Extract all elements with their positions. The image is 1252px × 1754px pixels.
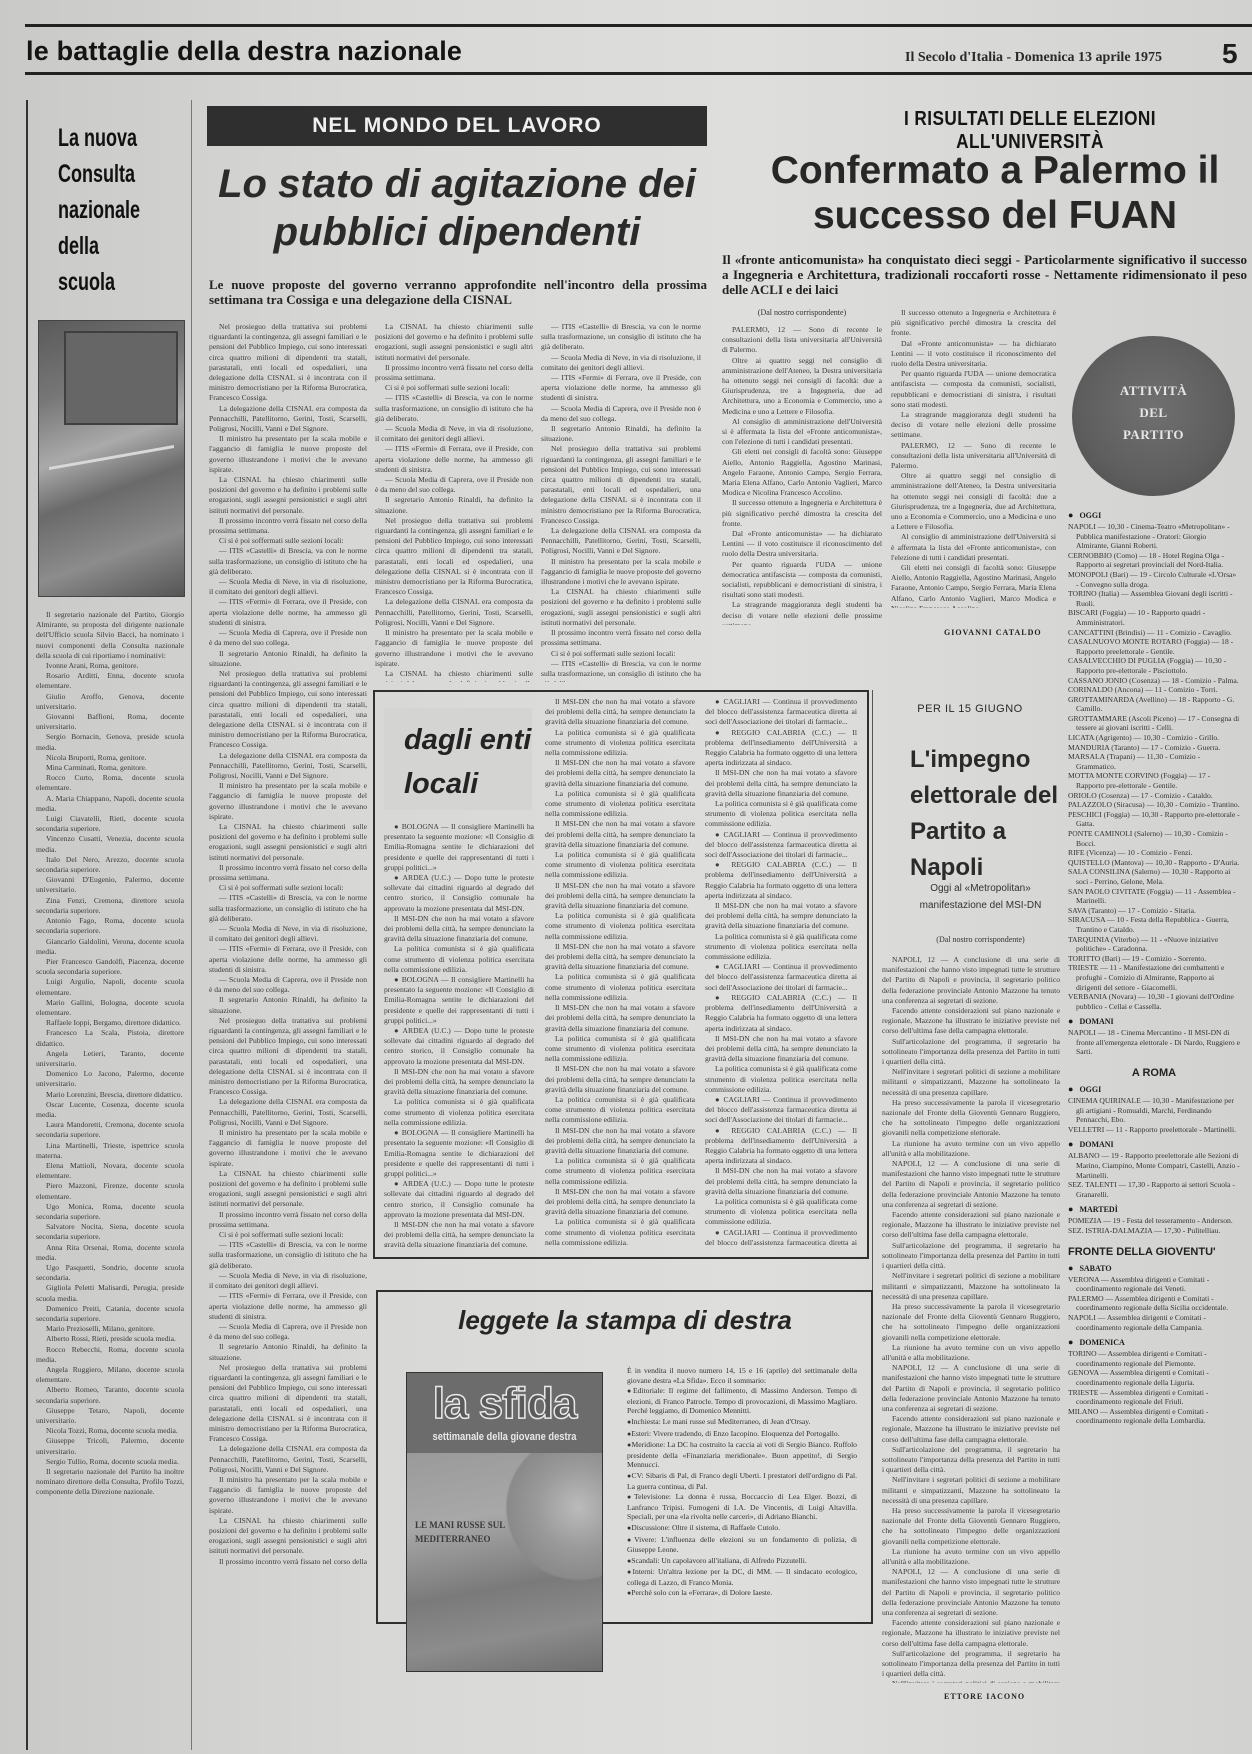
activity-item: MILANO — Assemblea dirigenti e Comitati … (1068, 1407, 1240, 1426)
activity-item: SAN PAOLO CIVITATE (Foggia) — 11 - Assem… (1068, 887, 1240, 906)
activity-item: SIRACUSA — 10 - Festa della Repubblica -… (1068, 915, 1240, 934)
enti-paragraph: ● CAGLIARI — Continua il provvedimento d… (705, 962, 857, 993)
consulta-entry: Sergio Tullio, Roma, docente scuola medi… (36, 1457, 184, 1467)
activity-item: CERNOBBIO (Como) — 18 - Hotel Regina Olg… (1068, 551, 1240, 570)
enti-paragraph: ● BOLOGNA — Il consigliere Martinelli ha… (384, 1128, 534, 1179)
lavoro-paragraph: Ci si è poi soffermati sulle sezioni loc… (209, 883, 367, 893)
enti-paragraph: ● ARDEA (U.C.) — Dopo tutte le proteste … (384, 1179, 534, 1220)
enti-paragraph: Il MSI-DN che non ha mai votato a sfavor… (545, 1003, 695, 1034)
enti-paragraph: Il MSI-DN che non ha mai votato a sfavor… (545, 881, 695, 912)
enti-paragraph: Il MSI-DN che non ha mai votato a sfavor… (545, 758, 695, 789)
activity-day-heading: SABATO (1068, 1263, 1240, 1273)
enti-paragraph: ● BOLOGNA — Il consigliere Martinelli ha… (384, 975, 534, 1026)
lavoro-paragraph: La CISNAL ha chiesto chiarimenti sulle p… (209, 822, 367, 863)
enti-paragraph: Il MSI-DN che non ha mai votato a sfavor… (545, 819, 695, 850)
consulta-entry: Ugo Pasquetti, Sondrio, docente scuola s… (36, 1263, 184, 1283)
consulta-entry: Alberto Romeo, Taranto, docente scuola s… (36, 1385, 184, 1405)
activity-item: LICATA (Agrigento) — 10,30 - Comizio - G… (1068, 733, 1240, 743)
enti-paragraph: ● REGGIO CALABRIA (C.C.) — Il problema d… (705, 1126, 857, 1167)
activity-item: PONTE CAMINOLI (Salerno) — 10,30 - Comiz… (1068, 829, 1240, 848)
lavoro-paragraph: Il prossimo incontro verrà fissato nel c… (209, 1210, 367, 1230)
lavoro-paragraph: Il segretario Antonio Rinaldi, ha defini… (375, 495, 533, 515)
lavoro-paragraph: — ITIS «Castelli» di Brescia, va con le … (375, 393, 533, 424)
lavoro-paragraph: Ci si è poi soffermati sulle sezioni loc… (209, 536, 367, 546)
enti-paragraph: Il MSI-DN che non ha mai votato a sfavor… (705, 1034, 857, 1065)
fuan-paragraph: La stragrande maggioranza degli studenti… (891, 410, 1056, 441)
lavoro-paragraph: — Scuola Media di Neve, in via di risolu… (209, 1271, 367, 1291)
fuan-subheadline: Il «fronte anticomunista» ha conquistato… (722, 252, 1247, 297)
lavoro-paragraph: Ci si è poi soffermati sulle sezioni loc… (541, 649, 701, 659)
section-title: le battaglie della destra nazionale (26, 36, 462, 67)
activity-item: CASALVECCHIO DI PUGLIA (Foggia) — 10,30 … (1068, 656, 1240, 675)
napoli-paragraph: Nell'invitare i segretari politici di se… (882, 1271, 1060, 1302)
lavoro-paragraph: — Scuola Media di Neve, in via di risolu… (209, 924, 367, 944)
activity-day-heading: DOMENICA (1068, 1337, 1240, 1347)
activity-item: MARSALA (Trapani) — 11,30 - Comizio - Gr… (1068, 752, 1240, 771)
activity-item: MONOPOLI (Bari) — 19 - Circolo Culturale… (1068, 570, 1240, 589)
activity-item: QUISTELLO (Mantova) — 10,30 - Rapporto -… (1068, 858, 1240, 868)
fuan-paragraph: Per quanto riguarda l'UDA — unione democ… (722, 560, 882, 601)
lavoro-paragraph: — ITIS «Fermi» di Ferrara, ove il Presid… (541, 373, 701, 404)
enti-col-2: Il MSI-DN che non ha mai votato a sfavor… (545, 697, 695, 1247)
badge-line-2: DEL (1072, 402, 1235, 424)
enti-paragraph: La politica comunista si è già qualifica… (545, 1156, 695, 1187)
activity-item: TORITTO (Bari) — 19 - Comizio - Sorrento… (1068, 954, 1240, 964)
activity-item: SALA CONSILINA (Salerno) — 10,30 - Rappo… (1068, 867, 1240, 886)
activity-item: GROTTAMINARDA (Avellino) — 18 - Rapporto… (1068, 695, 1240, 714)
consulta-entry: Luigi Argulio, Napoli, docente scuola el… (36, 977, 184, 997)
contents-item: Perché solo con la «Ferrara», di Dolore … (627, 1588, 857, 1599)
consulta-entry: Domenico Preiti, Catania, docente scuola… (36, 1304, 184, 1324)
fuan-paragraph: Il successo ottenuto a Ingegneria e Arch… (722, 498, 882, 529)
napoli-paragraph: Sull'articolazione del programma, il seg… (882, 1445, 1060, 1476)
consulta-column: La nuova Consulta nazionale della scuola… (26, 100, 192, 1750)
lavoro-paragraph: Il prossimo incontro verrà fissato nel c… (209, 516, 367, 536)
fuan-headline: Confermato a Palermo il successo del FUA… (740, 148, 1250, 238)
consulta-entry: Ivonne Arani, Roma, genitore. (36, 661, 184, 671)
enti-paragraph: La politica comunista si è già qualifica… (384, 944, 534, 975)
lavoro-paragraph: — Scuola Media di Caprera, ove il Presid… (375, 475, 533, 495)
attivita-list: OGGINAPOLI — 10,30 - Cinema-Teatro «Metr… (1068, 505, 1240, 1735)
lavoro-paragraph: — ITIS «Castelli» di Brescia, va con le … (209, 893, 367, 924)
consulta-entry: Giulio Aroffo, Genova, docente universit… (36, 692, 184, 712)
contents-item: Discussione: Oltre il sistema, di Raffae… (627, 1523, 857, 1534)
badge-line-3: PARTITO (1072, 424, 1235, 446)
consulta-entry: Angela Letieri, Taranto, docente univers… (36, 1049, 184, 1069)
enti-paragraph: ● REGGIO CALABRIA (C.C.) — Il problema d… (705, 860, 857, 901)
lavoro-paragraph: — Scuola Media di Caprera, ove il Presid… (209, 628, 367, 648)
napoli-paragraph: Facendo attente considerazioni sul piano… (882, 1210, 1060, 1241)
lavoro-paragraph: Nel prosieguo della trattativa sui probl… (209, 1363, 367, 1445)
activity-day-heading: MARTEDÌ (1068, 1204, 1240, 1214)
lavoro-body-col-1: Nel prosieguo della trattativa sui probl… (209, 322, 367, 1567)
napoli-headline: L'impegno elettorale del Partito a Napol… (910, 742, 1070, 886)
contents-item: Meridione: La DC ha costruito la caccia … (627, 1440, 857, 1470)
consulta-entry: Gigliola Peletti Malisardi, Perugia, pre… (36, 1283, 184, 1303)
enti-paragraph: Il MSI-DN che non ha mai votato a sfavor… (384, 1067, 534, 1098)
lavoro-paragraph: — Scuola Media di Neve, in via di risolu… (375, 424, 533, 444)
activity-day-heading: OGGI (1068, 510, 1240, 520)
activity-item: MOTTA MONTE CORVINO (Foggia) — 17 - Rapp… (1068, 771, 1240, 790)
lavoro-paragraph: La delegazione della CISNAL era composta… (209, 1444, 367, 1475)
lavoro-paragraph: Il segretario Antonio Rinaldi, ha defini… (209, 1342, 367, 1362)
fuan-paragraph: PALERMO, 12 — Sono di recente le consult… (891, 441, 1056, 472)
napoli-paragraph: Facendo attente considerazioni sul piano… (882, 1006, 1060, 1037)
lavoro-paragraph: — Scuola Media di Neve, in via di risolu… (541, 353, 701, 373)
lavoro-paragraph: Il segretario Antonio Rinaldi, ha defini… (209, 995, 367, 1015)
attivita-badge: ATTIVITÀ DEL PARTITO (1072, 336, 1235, 496)
enti-paragraph: La politica comunista si è già qualifica… (705, 1064, 857, 1095)
masthead-top-rule (25, 24, 1252, 27)
activity-item: PALERMO — Assemblea dirigenti e Comitati… (1068, 1294, 1240, 1313)
newspaper-page: le battaglie della destra nazionale Il S… (0, 0, 1252, 1754)
consulta-entry: Anna Rita Orsenai, Roma, docente scuola … (36, 1243, 184, 1263)
consulta-entry: Oscar Lucente, Cosenza, docente scuola m… (36, 1100, 184, 1120)
activity-item: MANDURIA (Taranto) — 17 - Comizio - Guer… (1068, 743, 1240, 753)
lavoro-paragraph: — Scuola Media di Caprera, ove il Presid… (209, 1322, 367, 1342)
consulta-entry: Giovanni D'Eugenio, Palermo, docente uni… (36, 875, 184, 895)
lavoro-paragraph: Nel prosieguo della trattativa sui probl… (375, 516, 533, 598)
activity-item: TORINO (Italia) — Assemblea Giovani degl… (1068, 589, 1240, 608)
consulta-entry: Pier Francesco Gandolfi, Piacenza, docen… (36, 957, 184, 977)
activity-item: CASALNUOVO MONTE ROTARO (Foggia) — 18 - … (1068, 637, 1240, 656)
activity-item: TRIESTE — 11 - Manifestazione dei combat… (1068, 963, 1240, 992)
lavoro-paragraph: Il ministro ha presentato per la scala m… (209, 781, 367, 822)
activity-item: PALAZZOLO (Siracusa) — 10,30 - Comizio -… (1068, 800, 1240, 810)
consulta-entry: Salvatore Nocita, Siena, docente scuola … (36, 1222, 184, 1242)
fuan-paragraph: Oltre ai quattro seggi nel consiglio di … (722, 356, 882, 417)
activity-item: NAPOLI — Assemblea dirigenti e Comitati … (1068, 1313, 1240, 1332)
enti-paragraph: La politica comunista si è già qualifica… (545, 911, 695, 942)
consulta-body: Il segretario nazionale del Partito, Gio… (36, 610, 184, 1740)
lavoro-paragraph: Il ministro ha presentato per la scala m… (209, 1128, 367, 1169)
lavoro-paragraph: — ITIS «Castelli» di Brescia, va con le … (209, 546, 367, 577)
consulta-entry: Domenico Lo Jacono, Palermo, docente uni… (36, 1069, 184, 1089)
enti-paragraph: ● CAGLIARI — Continua il provvedimento d… (705, 697, 857, 728)
page-number: 5 (1222, 38, 1238, 70)
la-sfida-logo: la sfida (413, 1379, 596, 1429)
consulta-entry: Il segretario nazionale del Partito ha i… (36, 1467, 184, 1498)
napoli-paragraph: Sull'articolazione del programma, il seg… (882, 1649, 1060, 1680)
fuan-paragraph: La stragrande maggioranza degli studenti… (722, 600, 882, 625)
badge-line-1: ATTIVITÀ (1072, 380, 1235, 402)
consulta-entry: Mario Lorenzini, Brescia, direttore dida… (36, 1090, 184, 1100)
cover-illustration: LE MANI RUSSE SUL MEDITERRANEO (407, 1453, 602, 1671)
napoli-paragraph: Nell'invitare i segretari politici di se… (882, 1475, 1060, 1506)
napoli-paragraph: Nell'invitare i segretari politici di se… (882, 1067, 1060, 1098)
cover-text: LE MANI RUSSE SUL MEDITERRANEO (415, 1518, 535, 1546)
contents-item: Editoriale: Il regime del fallimento, di… (627, 1386, 857, 1416)
lavoro-paragraph: Il ministro ha presentato per la scala m… (209, 434, 367, 475)
enti-paragraph: La politica comunista si è già qualifica… (384, 1097, 534, 1128)
lavoro-paragraph: La CISNAL ha chiesto chiarimenti sulle p… (209, 475, 367, 516)
lavoro-paragraph: La CISNAL ha chiesto chiarimenti sulle p… (209, 1516, 367, 1557)
consulta-entry: Luigi Ciavatelli, Rieti, docente scuola … (36, 814, 184, 834)
enti-paragraph: La politica comunista si è già qualifica… (545, 728, 695, 759)
enti-paragraph: La politica comunista si è già qualifica… (545, 1034, 695, 1065)
activity-item: NAPOLI — 18 - Cinema Mercantino - Il MSI… (1068, 1028, 1240, 1057)
activity-item: VERBANIA (Novara) — 10,30 - I giovani de… (1068, 992, 1240, 1011)
enti-paragraph: La politica comunista si è già qualifica… (705, 932, 857, 963)
lavoro-body-col-2: La CISNAL ha chiesto chiarimenti sulle p… (375, 322, 533, 682)
enti-paragraph: La politica comunista si è già qualifica… (545, 1217, 695, 1247)
napoli-paragraph: NAPOLI, 12 — A conclusione di una serie … (882, 1159, 1060, 1210)
lavoro-paragraph: — ITIS «Fermi» di Ferrara, ove il Presid… (209, 944, 367, 975)
activity-day-heading: DOMANI (1068, 1139, 1240, 1149)
consulta-entry: Il segretario nazionale del Partito, Gio… (36, 610, 184, 661)
fuan-dateline: (Dal nostro corrispondente) (722, 308, 882, 317)
classroom-photo (38, 320, 185, 597)
napoli-paragraph: Sull'articolazione del programma, il seg… (882, 1037, 1060, 1068)
consulta-entry: Antonio Fago, Roma, docente scuola secon… (36, 916, 184, 936)
activity-item: TRIESTE — Assemblea dirigenti e Comitati… (1068, 1388, 1240, 1407)
napoli-paragraph: La riunione ha avuto termine con un vivo… (882, 1139, 1060, 1159)
lavoro-paragraph: Il prossimo incontro verrà fissato nel c… (209, 1557, 367, 1567)
la-sfida-magazine-cover: la sfida settimanale della giovane destr… (406, 1372, 603, 1672)
enti-paragraph: La politica comunista si è già qualifica… (705, 799, 857, 830)
napoli-body: NAPOLI, 12 — A conclusione di una serie … (882, 955, 1060, 1683)
enti-paragraph: Il MSI-DN che non ha mai votato a sfavor… (705, 1166, 857, 1197)
activity-item: RIFE (Vicenza) — 10 - Comizio - Fenzi. (1068, 848, 1240, 858)
consulta-entry: Giovanni Baffioni, Roma, docente univers… (36, 712, 184, 732)
lavoro-paragraph: Il segretario Antonio Rinaldi, ha defini… (541, 424, 701, 444)
lavoro-paragraph: Il ministro ha presentato per la scala m… (209, 1475, 367, 1516)
fuan-paragraph: PALERMO, 12 — Sono di recente le consult… (722, 325, 882, 356)
consulta-entry: Rosario Arditti, Enna, docente scuola el… (36, 671, 184, 691)
lavoro-paragraph: Nel prosieguo della trattativa sui probl… (209, 1016, 367, 1098)
enti-paragraph: Il MSI-DN che non ha mai votato a sfavor… (384, 1220, 534, 1247)
fronte-section-heading: FRONTE DELLA GIOVENTU' (1068, 1246, 1240, 1258)
lavoro-paragraph: La CISNAL ha chiesto chiarimenti sulle p… (375, 322, 533, 363)
consulta-entry: Mario Gallini, Bologna, docente scuola e… (36, 998, 184, 1018)
napoli-paragraph: La riunione ha avuto termine con un vivo… (882, 1343, 1060, 1363)
contents-item: Televisione: La donna è russa, Boccaccio… (627, 1492, 857, 1522)
activity-item: VERONA — Assemblea dirigenti e Comitati … (1068, 1275, 1240, 1294)
contents-item: Vivere: L'influenza delle elezioni su un… (627, 1535, 857, 1555)
activity-item: CANCATTINI (Brindisi) — 11 - Comizio - C… (1068, 628, 1240, 638)
consulta-entry: Giuseppe Tetaro, Napoli, docente univers… (36, 1406, 184, 1426)
lavoro-paragraph: La delegazione della CISNAL era composta… (209, 1097, 367, 1128)
enti-locali-title: dagli enti locali (384, 708, 532, 810)
napoli-paragraph: Ha preso successivamente la parola il vi… (882, 1302, 1060, 1343)
napoli-paragraph: Nell'invitare i segretari politici di se… (882, 1679, 1060, 1683)
lavoro-subheadline: Le nuove proposte del governo verranno a… (209, 277, 707, 307)
napoli-paragraph: Ha preso successivamente la parola il vi… (882, 1098, 1060, 1139)
consulta-entry: Lina Martinelli, Trieste, ispettrice scu… (36, 1141, 184, 1161)
activity-day-heading: OGGI (1068, 1084, 1240, 1094)
activity-item: VELLETRI — 11 - Rapporto preelettorale -… (1068, 1125, 1240, 1135)
activity-item: CORINALDO (Ancona) — 11 - Comizio - Torr… (1068, 685, 1240, 695)
napoli-signature: ETTORE IACONO (944, 1692, 1025, 1701)
napoli-paragraph: Ha preso successivamente la parola il vi… (882, 1506, 1060, 1547)
lavoro-paragraph: Il ministro ha presentato per la scala m… (375, 628, 533, 669)
enti-paragraph: ● ARDEA (U.C.) — Dopo tutte le proteste … (384, 873, 534, 914)
enti-paragraph: ● CAGLIARI — Continua il provvedimento d… (705, 1228, 857, 1247)
activity-item: SEZ. TALENTI — 17,30 - Rapporto ai setto… (1068, 1180, 1240, 1199)
enti-paragraph: ● ARDEA (U.C.) — Dopo tutte le proteste … (384, 1026, 534, 1067)
enti-paragraph: La politica comunista si è già qualifica… (545, 1095, 695, 1126)
contents-item: Inchiesta: Le mani russe sul Mediterrane… (627, 1417, 857, 1428)
contents-item: CV: Sibaris di Pal, di Franco degli Uber… (627, 1471, 857, 1491)
activity-day-heading: DOMANI (1068, 1016, 1240, 1026)
consulta-entry: A. Maria Chiappano, Napoli, docente scuo… (36, 794, 184, 814)
consulta-entry: Francesco La Scala, Pistoia, direttore d… (36, 1028, 184, 1048)
napoli-dateline: (Dal nostro corrispondente) (898, 935, 1063, 944)
lavoro-paragraph: — ITIS «Fermi» di Ferrara, ove il Presid… (375, 444, 533, 475)
lavoro-paragraph: Nel prosieguo della trattativa sui probl… (541, 444, 701, 526)
lavoro-paragraph: — ITIS «Fermi» di Ferrara, ove il Presid… (209, 1291, 367, 1322)
lavoro-paragraph: Il segretario Antonio Rinaldi, ha defini… (209, 649, 367, 669)
consulta-entry: Raffaele Ioppi, Bergamo, direttore didat… (36, 1018, 184, 1028)
napoli-paragraph: NAPOLI, 12 — A conclusione di una serie … (882, 1567, 1060, 1618)
lavoro-paragraph: La delegazione della CISNAL era composta… (209, 751, 367, 782)
consulta-entry: Angela Ruggiero, Milano, docente scuola … (36, 1365, 184, 1385)
lavoro-paragraph: — Scuola Media di Neve, in via di risolu… (209, 577, 367, 597)
fuan-paragraph: Oltre ai quattro seggi nel consiglio di … (891, 471, 1056, 532)
consulta-entry: Nicola Tozzi, Roma, docente scuola media… (36, 1426, 184, 1436)
enti-paragraph: Il MSI-DN che non ha mai votato a sfavor… (384, 914, 534, 945)
lavoro-paragraph: Il prossimo incontro verrà fissato nel c… (541, 628, 701, 648)
lavoro-paragraph: Ci si è poi soffermati sulle sezioni loc… (209, 1230, 367, 1240)
contents-item: Esteri: Vivere tradendo, di Enzo Iacopin… (627, 1429, 857, 1440)
activity-item: SEZ. ISTRIA-DALMAZIA — 17,30 - Pulitelli… (1068, 1226, 1240, 1236)
lavoro-paragraph: Ci si è poi soffermati sulle sezioni loc… (375, 383, 533, 393)
fuan-paragraph: Gli eletti nei consigli di facoltà sono:… (891, 563, 1056, 608)
enti-col-1: ● BOLOGNA — Il consigliere Martinelli ha… (384, 822, 534, 1247)
enti-paragraph: La politica comunista si è già qualifica… (545, 789, 695, 820)
fuan-paragraph: Al consiglio di amministrazione dell'Uni… (722, 417, 882, 448)
consulta-entry: Elena Mattioli, Novara, docente scuola e… (36, 1161, 184, 1181)
enti-paragraph: Il MSI-DN che non ha mai votato a sfavor… (705, 768, 857, 799)
paper-and-date: Il Secolo d'Italia - Domenica 13 aprile … (905, 50, 1162, 66)
consulta-entry: Nicola Bruporti, Roma, genitore. (36, 753, 184, 763)
consulta-entry: Rocco Rebecchi, Roma, docente scuola med… (36, 1345, 184, 1365)
enti-paragraph: Il MSI-DN che non ha mai votato a sfavor… (545, 1187, 695, 1218)
lavoro-paragraph: La CISNAL ha chiesto chiarimenti sulle p… (209, 1169, 367, 1210)
masthead-bottom-rule (25, 72, 1252, 75)
lavoro-paragraph: — ITIS «Castelli» di Brescia, va con le … (209, 1240, 367, 1271)
napoli-paragraph: La riunione ha avuto termine con un vivo… (882, 1547, 1060, 1567)
lavoro-paragraph: — ITIS «Fermi» di Ferrara, ove il Presid… (209, 597, 367, 628)
lavoro-body-col-3: — ITIS «Castelli» di Brescia, va con le … (541, 322, 701, 682)
lavoro-paragraph: Il prossimo incontro verrà fissato nel c… (209, 863, 367, 883)
activity-item: GENOVA — Assemblea dirigenti e Comitati … (1068, 1368, 1240, 1387)
napoli-paragraph: Facendo attente considerazioni sul piano… (882, 1618, 1060, 1649)
activity-item: TARQUINIA (Viterbo) — 11 - «Nuove inizia… (1068, 935, 1240, 954)
enti-paragraph: La politica comunista si è già qualifica… (545, 850, 695, 881)
enti-paragraph: La politica comunista si è già qualifica… (705, 1197, 857, 1228)
roma-section-heading: A ROMA (1068, 1067, 1240, 1079)
consulta-entry: Rocco Curto, Roma, docente scuola elemen… (36, 773, 184, 793)
consulta-entry: Mario Prezioselli, Milano, genitore. (36, 1324, 184, 1334)
consulta-entry: Giuseppe Tricoli, Palermo, docente unive… (36, 1436, 184, 1456)
lavoro-paragraph: La delegazione della CISNAL era composta… (209, 404, 367, 435)
consulta-entry: Ugo Monica, Roma, docente scuola seconda… (36, 1202, 184, 1222)
lavoro-paragraph: La delegazione della CISNAL era composta… (375, 597, 533, 628)
fuan-paragraph: Gli eletti nei consigli di facoltà sono:… (722, 447, 882, 498)
lavoro-paragraph: Nel prosieguo della trattativa sui probl… (209, 669, 367, 751)
activity-item: CASSANO JONIO (Cosenza) — 18 - Comizio -… (1068, 676, 1240, 686)
napoli-paragraph: Facendo attente considerazioni sul piano… (882, 1414, 1060, 1445)
enti-paragraph: Il MSI-DN che non ha mai votato a sfavor… (705, 901, 857, 932)
napoli-subheadline: Oggi al «Metropolitan» manifestazione de… (898, 880, 1063, 914)
napoli-paragraph: NAPOLI, 12 — A conclusione di una serie … (882, 955, 1060, 1006)
activity-item: BISCARI (Foggia) — 10 - Rapporto quadri … (1068, 608, 1240, 627)
lavoro-paragraph: — ITIS «Castelli» di Brescia, va con le … (541, 659, 701, 682)
napoli-paragraph: NAPOLI, 12 — A conclusione di una serie … (882, 1363, 1060, 1414)
enti-col-3: ● CAGLIARI — Continua il provvedimento d… (705, 697, 857, 1247)
lavoro-paragraph: — Scuola Media di Caprera, ove il Presid… (541, 404, 701, 424)
fuan-paragraph: Dal «Fronte anticomunista» — ha dichiara… (891, 339, 1056, 370)
enti-paragraph: ● REGGIO CALABRIA (C.C.) — Il problema d… (705, 993, 857, 1034)
lavoro-paragraph: — ITIS «Castelli» di Brescia, va con le … (541, 322, 701, 353)
enti-paragraph: Il MSI-DN che non ha mai votato a sfavor… (545, 1126, 695, 1157)
activity-item: PESCHICI (Foggia) — 10,30 - Rapporto pre… (1068, 810, 1240, 829)
lavoro-paragraph: Il ministro ha presentato per la scala m… (541, 557, 701, 588)
napoli-paragraph: Sull'articolazione del programma, il seg… (882, 1241, 1060, 1272)
la-sfida-tagline: settimanale della giovane destra (427, 1431, 583, 1443)
leggete-title: leggete la stampa di destra (375, 1305, 875, 1336)
contents-item: Scandali: Un capolavoro all'italiana, di… (627, 1556, 857, 1567)
enti-paragraph: ● CAGLIARI — Continua il provvedimento d… (705, 1095, 857, 1126)
activity-item: CINEMA QUIRINALE — 10,30 - Manifestazion… (1068, 1096, 1240, 1125)
consulta-entry: Zina Fenzi, Cremona, direttore scuola se… (36, 896, 184, 916)
fuan-paragraph: Dal «Fronte anticomunista» — ha dichiara… (722, 529, 882, 560)
lavoro-paragraph: Il prossimo incontro verrà fissato nel c… (375, 363, 533, 383)
fuan-paragraph: Il successo ottenuto a Ingegneria e Arch… (891, 308, 1056, 339)
section-band-lavoro: NEL MONDO DEL LAVORO (207, 106, 707, 146)
activity-item: GROTTAMMARE (Ascoli Piceno) — 17 - Conse… (1068, 714, 1240, 733)
consulta-entry: Giancarlo Galdolini, Verona, docente scu… (36, 937, 184, 957)
lavoro-headline: Lo stato di agitazione dei pubblici dipe… (207, 160, 707, 256)
consulta-entry: Sergio Bornacin, Genova, preside scuola … (36, 732, 184, 752)
contents-item: Interni: Un'altra lezione per la DC, di … (627, 1567, 857, 1587)
consulta-entry: Alberto Rossi, Rieti, preside scuola med… (36, 1334, 184, 1344)
consulta-entry: Mina Carminati, Roma, genitore. (36, 763, 184, 773)
consulta-headline: La nuova Consulta nazionale della scuola (58, 120, 137, 300)
consulta-entry: Laura Mandoretti, Cremona, docente scuol… (36, 1120, 184, 1140)
enti-paragraph: La politica comunista si è già qualifica… (545, 972, 695, 1003)
enti-paragraph: Il MSI-DN che non ha mai votato a sfavor… (545, 942, 695, 973)
lavoro-paragraph: Nel prosieguo della trattativa sui probl… (209, 322, 367, 404)
lavoro-paragraph: — Scuola Media di Caprera, ove il Presid… (209, 975, 367, 995)
consulta-entry: Piero Mazzoni, Firenze, docente scuola e… (36, 1181, 184, 1201)
enti-paragraph: Il MSI-DN che non ha mai votato a sfavor… (545, 697, 695, 728)
activity-item: NAPOLI — 10,30 - Cinema-Teatro «Metropol… (1068, 522, 1240, 551)
leggete-intro: È in vendita il nuovo numero 14, 15 e 16… (627, 1366, 857, 1385)
activity-item: ORIOLO (Cosenza) — 17 - Comizio - Catald… (1068, 791, 1240, 801)
fuan-body-col-2: Il successo ottenuto a Ingegneria e Arch… (891, 308, 1056, 608)
fuan-body-col-1: PALERMO, 12 — Sono di recente le consult… (722, 325, 882, 625)
enti-paragraph: Il MSI-DN che non ha mai votato a sfavor… (545, 1064, 695, 1095)
fuan-paragraph: Per quanto riguarda l'UDA — unione democ… (891, 369, 1056, 410)
consulta-entry: Italo Del Nero, Arezzo, docente scuola s… (36, 855, 184, 875)
fuan-paragraph: Al consiglio di amministrazione dell'Uni… (891, 532, 1056, 563)
enti-paragraph: ● CAGLIARI — Continua il provvedimento d… (705, 830, 857, 861)
activity-item: ALBANO — 19 - Rapporto preelettorale all… (1068, 1151, 1240, 1180)
lavoro-paragraph: La CISNAL ha chiesto chiarimenti sulle p… (375, 669, 533, 682)
activity-item: TORINO — Assemblea dirigenti e Comitati … (1068, 1349, 1240, 1368)
enti-paragraph: ● BOLOGNA — Il consigliere Martinelli ha… (384, 822, 534, 873)
enti-paragraph: ● REGGIO CALABRIA (C.C.) — Il problema d… (705, 728, 857, 769)
leggete-contents: È in vendita il nuovo numero 14, 15 e 16… (627, 1366, 857, 1600)
lavoro-paragraph: La delegazione della CISNAL era composta… (541, 526, 701, 557)
activity-item: SAVA (Taranto) — 17 - Comizio - Sitaria. (1068, 906, 1240, 916)
consulta-entry: Vincenzo Cusatti, Venezia, docente scuol… (36, 834, 184, 854)
napoli-kicker: PER IL 15 GIUGNO (880, 703, 1060, 715)
fuan-signature: GIOVANNI CATALDO (944, 628, 1042, 637)
activity-item: POMEZIA — 19 - Festa del tesseramento - … (1068, 1216, 1240, 1226)
